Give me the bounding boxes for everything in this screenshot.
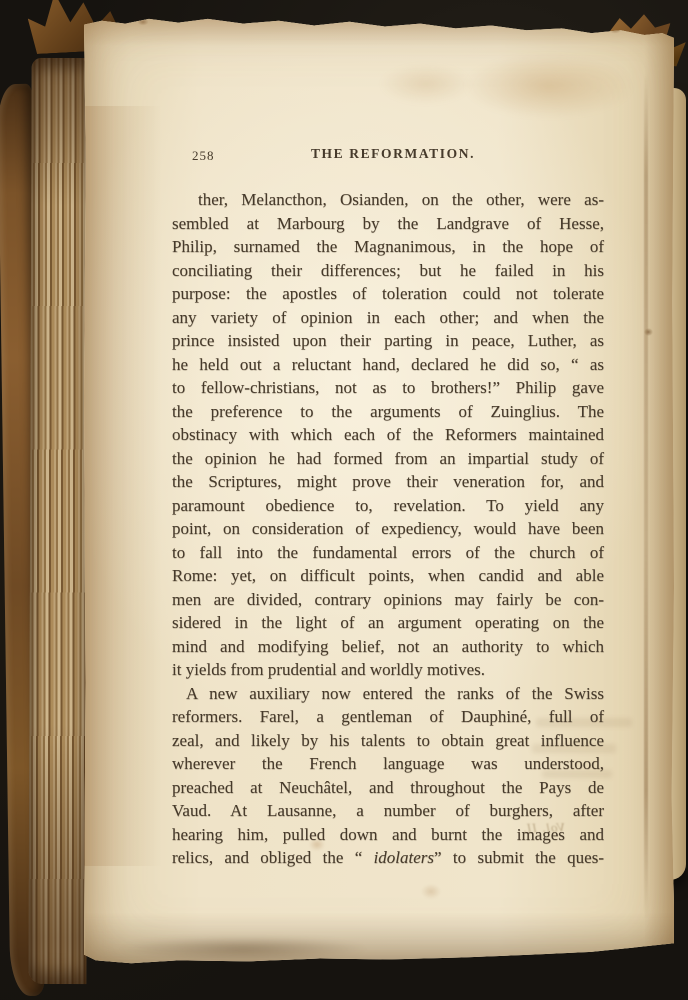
text-line: A new auxiliary now entered the ranks of…	[172, 682, 604, 706]
page-curl-shadow	[644, 16, 674, 968]
bottom-edge-smudge	[119, 936, 367, 962]
stain	[421, 884, 441, 899]
text-line: mind and modifying belief, not an author…	[172, 635, 604, 659]
text-line: wherever the French language was underst…	[172, 752, 604, 776]
stain	[464, 54, 634, 118]
text-line: Philip, surnamed the Magnanimous, in the…	[172, 235, 604, 259]
page-header: 258 THE REFORMATION.	[172, 146, 604, 164]
text-line: preached at Neuchâtel, and throughout th…	[172, 776, 604, 800]
text-line: men are divided, contrary opinions may f…	[172, 588, 604, 612]
text-line: prince insisted upon their parting in pe…	[172, 329, 604, 353]
text-line: paramount obedience to, revelation. To y…	[172, 494, 604, 518]
text-line: to fall into the fundamental errors of t…	[172, 541, 604, 565]
text-line: it yields from prudential and worldly mo…	[172, 658, 604, 682]
text-line: reformers. Farel, a gentleman of Dauphin…	[172, 705, 604, 729]
text-line: the Scriptures, might prove their venera…	[172, 470, 604, 494]
text-line: sembled at Marbourg by the Landgrave of …	[172, 212, 604, 236]
text-line: zeal, and likely by his talents to obtai…	[172, 729, 604, 753]
text-line: purpose: the apostles of toleration coul…	[172, 282, 604, 306]
page-stack-edge	[28, 58, 89, 984]
body-text: ther, Melancthon, Osianden, on the other…	[172, 188, 604, 870]
text-line: sidered in the light of an argument oper…	[172, 611, 604, 635]
book-page: 258 THE REFORMATION. ther, Melancthon, O…	[84, 16, 674, 968]
text-line: ther, Melancthon, Osianden, on the other…	[172, 188, 604, 212]
text-line: he held out a reluctant hand, declared h…	[172, 353, 604, 377]
text-line: to fellow-christians, not as to brothers…	[172, 376, 604, 400]
text-line: any variety of opinion in each other; an…	[172, 306, 604, 330]
book-photo: 258 THE REFORMATION. ther, Melancthon, O…	[0, 0, 688, 1000]
text-line: Rome: yet, on difficult points, when can…	[172, 564, 604, 588]
gutter-shadow	[84, 106, 162, 866]
text-line: the opinion he had formed from an impart…	[172, 447, 604, 471]
text-line: point, on consideration of expediency, w…	[172, 517, 604, 541]
stain	[380, 64, 472, 104]
text-line: the preference to the arguments of Zuing…	[172, 400, 604, 424]
text-line: conciliating their differences; but he f…	[172, 259, 604, 283]
running-title: THE REFORMATION.	[177, 146, 609, 162]
text-line: Vaud. At Lausanne, a number of burghers,…	[172, 799, 604, 823]
text-line: obstinacy with which each of the Reforme…	[172, 423, 604, 447]
text-line: relics, and obliged the “ idolaters” to …	[172, 846, 604, 870]
deckle-edge	[84, 16, 674, 46]
ghost-text: Vol. II.	[522, 820, 565, 837]
